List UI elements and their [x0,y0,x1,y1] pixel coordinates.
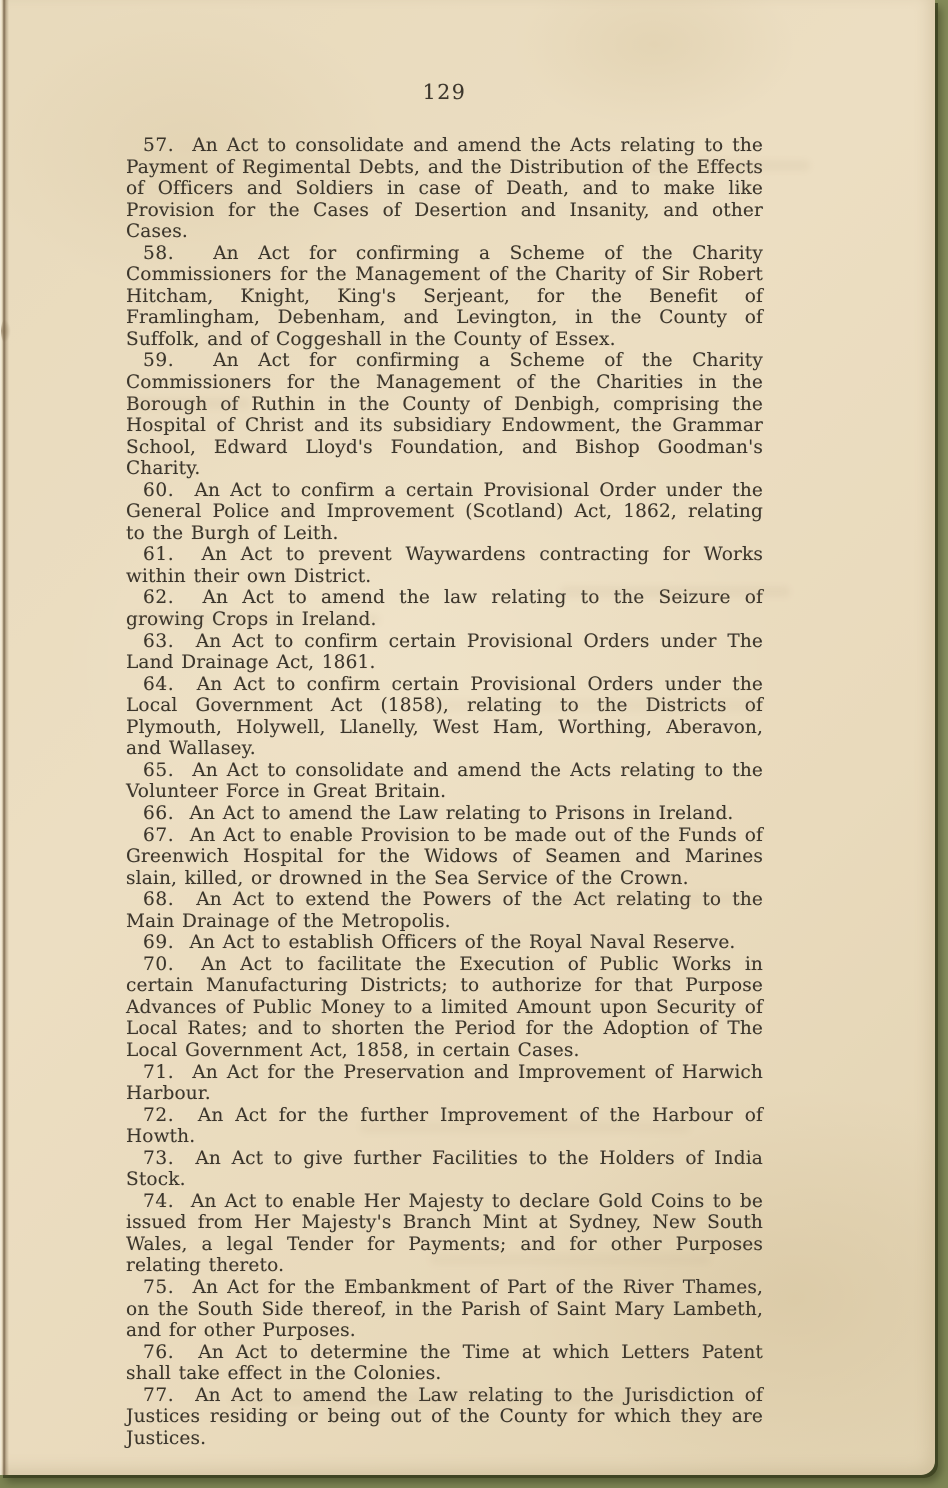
act-number: 74. [143,1191,174,1212]
act-entry: 67. An Act to enable Provision to be mad… [126,825,763,890]
act-number: 63. [143,631,174,652]
page-number: 129 [126,0,763,104]
act-number: 61. [143,544,174,565]
act-number: 72. [143,1105,174,1126]
act-entry: 76. An Act to determine the Time at whic… [126,1342,763,1385]
act-entry: 74. An Act to enable Her Majesty to decl… [126,1191,763,1277]
scanned-book-page: { "page": { "number": "129" }, "acts": [… [0,0,948,1488]
act-entry: 62. An Act to amend the law relating to … [126,587,763,630]
act-number: 59. [143,350,174,371]
binding-notch [1,318,11,344]
act-entry: 73. An Act to give further Facilities to… [126,1148,763,1191]
act-number: 57. [143,135,174,156]
acts-list: 57. An Act to consolidate and amend the … [126,135,763,1449]
act-entry: 65. An Act to consolidate and amend the … [126,760,763,803]
act-number: 68. [143,889,174,910]
act-number: 62. [143,587,174,608]
act-number: 71. [143,1062,174,1083]
act-number: 76. [143,1342,174,1363]
act-entry: 72. An Act for the further Improvement o… [126,1105,763,1148]
act-number: 75. [143,1277,174,1298]
act-entry: 77. An Act to amend the Law relating to … [126,1385,763,1450]
act-entry: 61. An Act to prevent Waywardens contrac… [126,544,763,587]
act-entry: 57. An Act to consolidate and amend the … [126,135,763,243]
act-number: 77. [143,1385,174,1406]
act-number: 58. [143,243,174,264]
act-entry: 59. An Act for confirming a Scheme of th… [126,350,763,479]
act-number: 67. [143,825,174,846]
act-number: 64. [143,674,174,695]
page-paper: 129 57. An Act to consolidate and amend … [0,0,935,1475]
act-entry: 69. An Act to establish Officers of the … [126,932,763,954]
act-entry: 63. An Act to confirm certain Provisiona… [126,631,763,674]
act-number: 69. [143,932,174,953]
act-entry: 64. An Act to confirm certain Provisiona… [126,674,763,760]
act-entry: 66. An Act to amend the Law relating to … [126,803,763,825]
act-entry: 68. An Act to extend the Powers of the A… [126,889,763,932]
act-entry: 70. An Act to facilitate the Execution o… [126,954,763,1062]
act-entry: 58. An Act for confirming a Scheme of th… [126,243,763,351]
page-content: 129 57. An Act to consolidate and amend … [126,0,763,1449]
binding-edge [0,0,9,1475]
act-entry: 71. An Act for the Preservation and Impr… [126,1062,763,1105]
act-number: 66. [143,803,174,824]
act-entry: 60. An Act to confirm a certain Provisio… [126,480,763,545]
act-entry: 75. An Act for the Embankment of Part of… [126,1277,763,1342]
act-number: 70. [143,954,174,975]
act-number: 60. [143,480,174,501]
act-number: 73. [143,1148,174,1169]
act-number: 65. [143,760,174,781]
